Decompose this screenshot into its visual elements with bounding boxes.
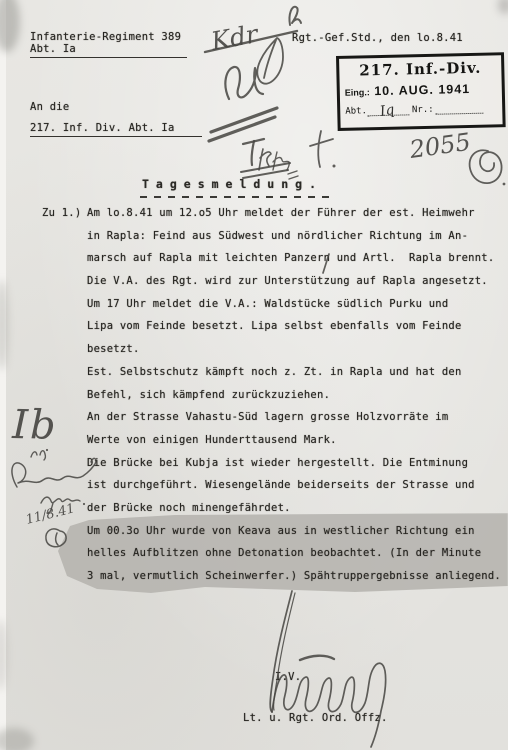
stamp-received-label: Eing.: (345, 87, 370, 98)
body-line: Werte von einigen Hunderttausend Mark. (87, 434, 501, 457)
sender-department: Abt. Ia (30, 43, 187, 58)
leaf-scribble (257, 38, 283, 84)
checkmark-scribble (289, 7, 301, 25)
body-line: der Brücke noch minengefährdet. (87, 502, 501, 525)
body-text: Am lo.8.41 um 12.o5 Uhr meldet der Führe… (87, 207, 501, 593)
stamp-nr-label: Nr.: (412, 105, 434, 115)
body-line: 3 mal, vermutlich Scheinwerfer.) Spähtru… (87, 570, 501, 593)
scan-smudge (498, 0, 508, 14)
document-title: Tagesmeldung. (142, 177, 323, 191)
body-line: besetzt. (87, 343, 501, 366)
stamp-received-date: 10. AUG. 1941 (374, 82, 470, 98)
double-slash-mark (211, 108, 277, 132)
signature-role-line: Lt. u. Rgt. Ord. Offz. (243, 712, 388, 724)
date-note-annotation: 11/8.41 (24, 501, 76, 528)
scan-smudge (0, 728, 34, 750)
body-line: Die V.A. des Rgt. wird zur Unterstützung… (87, 275, 501, 298)
scan-smudge (0, 280, 8, 370)
body-line: Um 17 Uhr meldet die V.A.: Waldstücke sü… (87, 298, 501, 321)
sender-unit: Infanterie-Regiment 389 (30, 31, 187, 43)
margin-ib-mark: Ib (11, 402, 58, 449)
receipt-stamp: 217. Inf.-Div. Eing.: 10. AUG. 1941 Abt.… (336, 52, 506, 131)
body-line: Est. Selbstschutz kämpft noch z. Zt. in … (87, 366, 501, 389)
stamp-received-row: Eing.: 10. AUG. 1941 (345, 79, 497, 100)
registry-number-annotation: 2055 (407, 128, 472, 164)
u-scribble (225, 67, 263, 99)
body-line: Die Brücke bei Kubja ist wieder hergeste… (87, 457, 501, 480)
stamp-abt-label: Abt. (345, 106, 367, 116)
stamp-nr-dotted-line (435, 103, 483, 115)
body-line: An der Strasse Vahastu-Süd lagern grosse… (87, 411, 501, 434)
stamp-unit: 217. Inf.-Div. (344, 58, 496, 79)
body-line: in Rapla: Feind aus Südwest und nördlich… (87, 230, 501, 253)
ink-dot (333, 165, 336, 168)
scan-smudge (0, 0, 20, 52)
margin-cursive-note (12, 449, 96, 514)
stamp-abt-row: Abt. Iq Nr.: (345, 102, 497, 116)
body-line: marsch auf Rapla mit leichten Panzern un… (87, 252, 501, 275)
stamp-abt-handwritten-value: Iq (379, 102, 396, 120)
ink-dot (503, 183, 506, 186)
recipient-line: 217. Inf. Div. Abt. Ia (30, 122, 202, 137)
date-line: Rgt.-Gef.Std., den lo.8.41 (292, 32, 463, 44)
body-line: Um 00.3o Uhr wurde von Keava aus in west… (87, 525, 501, 548)
kdr-annotation: Kdr (208, 19, 262, 56)
double-slash-mark (209, 117, 275, 141)
document-page: Infanterie-Regiment 389 Abt. Ia Rgt.-Gef… (0, 0, 508, 750)
stamp-abt-dotted-line: Iq (367, 104, 409, 116)
ik-routing-mark (241, 139, 298, 179)
circled-paraph (470, 150, 502, 183)
body-line: ist durchgeführt. Wiesengelände beiderse… (87, 479, 501, 502)
body-line: helles Aufblitzen ohne Detonation beobac… (87, 547, 501, 570)
body-line: Lipa vom Feinde besetzt. Lipa selbst ebe… (87, 320, 501, 343)
body-item-label: Zu 1.) (42, 207, 81, 219)
recipient-intro: An die (30, 101, 69, 113)
kdr-strikethrough (205, 31, 297, 52)
title-dashed-rule (140, 196, 336, 198)
body-line: Befehl, sich kämpfend zurückzuziehen. (87, 389, 501, 412)
sender-block: Infanterie-Regiment 389 Abt. Ia (30, 31, 187, 58)
signature-iv: I.V. (275, 671, 301, 683)
cross-initial-mark (310, 131, 333, 167)
body-line: Am lo.8.41 um 12.o5 Uhr meldet der Führe… (87, 207, 501, 230)
